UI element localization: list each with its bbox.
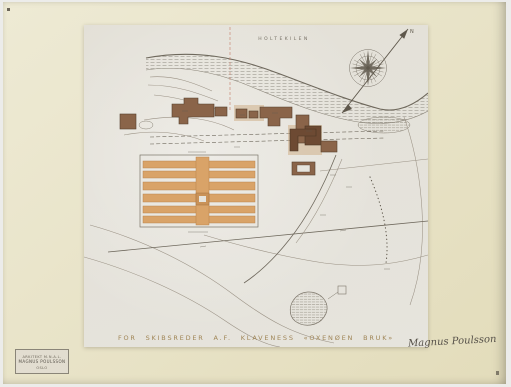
pond [358, 117, 410, 133]
collection-stamp: ARKITEKT M.N.A.L. MAGNUS POULSSON OSLO [15, 349, 69, 374]
compass-rose [342, 29, 408, 113]
water-label: HOLTEKILEN [258, 36, 309, 42]
building [236, 109, 247, 118]
north-arrow [342, 29, 408, 113]
islet [290, 286, 346, 325]
mat-corner-mark [7, 8, 10, 11]
building [215, 107, 227, 116]
building [172, 98, 214, 124]
drawing-sheet: HOLTEKILEN [84, 25, 428, 347]
mat-bottom-right-mark [496, 371, 499, 375]
building [249, 111, 258, 118]
building [260, 107, 292, 126]
building [321, 141, 337, 152]
outbuilding [120, 114, 136, 129]
stamp-line-2: MAGNUS POULSSON [19, 360, 66, 365]
site-plan-drawing: HOLTEKILEN [84, 25, 428, 347]
greenhouse-block [140, 152, 258, 232]
caption: FOR SKIBSREDER A.F. KLAVENESS «OXENØEN B… [84, 334, 428, 342]
scanned-drawing: HOLTEKILEN [0, 0, 511, 387]
north-label: N [410, 29, 414, 35]
stamp-line-3: OSLO [36, 366, 47, 370]
